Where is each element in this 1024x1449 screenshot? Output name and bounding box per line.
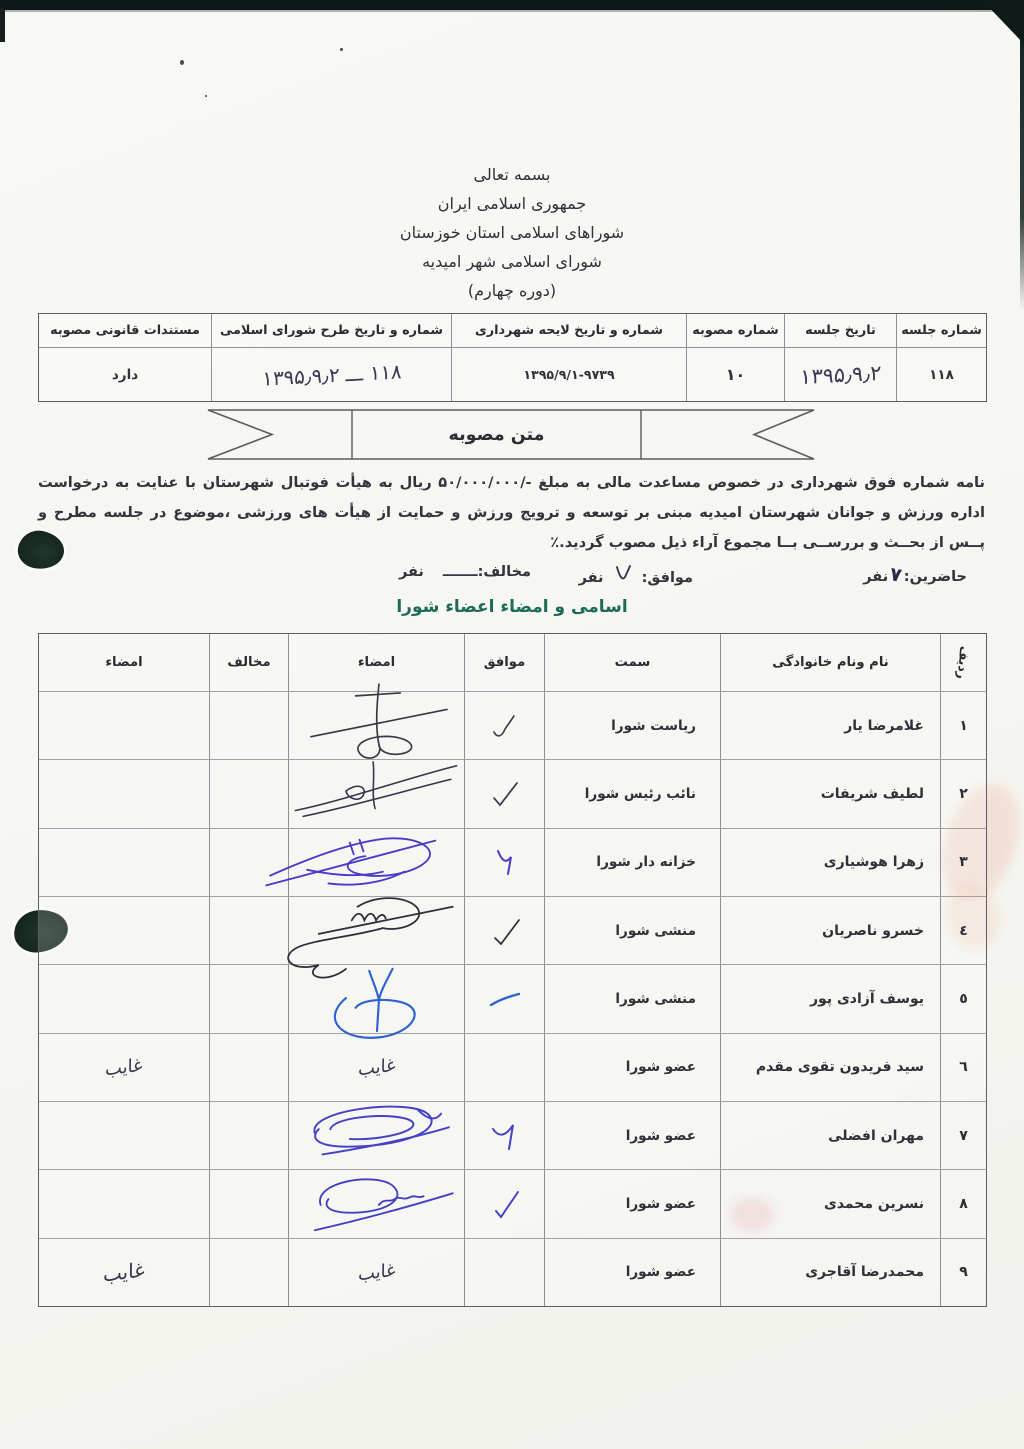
plan-no-date-handwritten: ۱۱۸ ـــ ۱۳۹۵٫۹٫۲ (261, 359, 402, 390)
agree-mark-row-3 (490, 847, 520, 877)
agree-mark-row-8 (490, 1189, 520, 1219)
scan-speck (340, 48, 343, 51)
scan-edge-left (0, 8, 5, 42)
table-row: ۷ مهران افضلی عضو شورا (39, 1101, 986, 1169)
agree-mark-row-1 (490, 712, 520, 740)
member-name: نسرین محمدی (720, 1170, 940, 1237)
legal-docs-value: دارد (112, 367, 138, 383)
meta-header-plan: شماره و تاریخ طرح شورای اسلامی (211, 314, 451, 347)
header-oppose: مخالف (209, 634, 288, 691)
row-no: ۱ (940, 692, 986, 759)
oppose-dash: ـــــــ (443, 564, 478, 580)
member-name: سید فریدون تقوی مقدم (720, 1034, 940, 1101)
member-name: مهران افضلی (720, 1102, 940, 1169)
agree-mark-row-5 (488, 987, 522, 1011)
signature-row-8 (289, 1170, 465, 1238)
table-row: ۹ محمدرضا آقاجری عضو شورا غایب غایب (39, 1238, 986, 1306)
table-row: ۸ نسرین محمدی عضو شورا (39, 1169, 986, 1237)
table-row: ٥ یوسف آزادی پور منشی شورا (39, 964, 986, 1032)
resolution-text: نامه شماره فوق شهرداری در خصوص مساعدت ما… (38, 468, 985, 558)
signature-row-4 (289, 897, 465, 965)
row-no: ۸ (940, 1170, 986, 1237)
attendance-line: حاضرین:۷نفر موافق: نفر مخالف:ـــــــ نفر (38, 560, 985, 592)
row-no: ۲ (940, 760, 986, 827)
meta-header-row: شماره جلسه تاریخ جلسه شماره مصوبه شماره … (39, 314, 986, 347)
term-line: (دوره چهارم) (0, 276, 1024, 305)
bismillah-line: بسمه تعالی (0, 160, 1024, 189)
attendance-agree: موافق: نفر (579, 564, 693, 588)
meta-header-legal-docs: مستندات قانونی مصوبه (39, 314, 211, 347)
table-row: ۱ غلامرضا یار ریاست شورا (39, 691, 986, 759)
table-row: ۳ زهرا هوشیاری خزانه دار شورا (39, 828, 986, 896)
absent-note: غایب (358, 1259, 396, 1285)
members-table: ردیف نام ونام خانوادگی سمت موافق امضاء م… (38, 633, 987, 1307)
header-row-no: ردیف (955, 645, 973, 679)
member-role: عضو شورا (544, 1170, 720, 1237)
meta-header-session-date: تاریخ جلسه (784, 314, 896, 347)
member-role: ریاست شورا (544, 692, 720, 759)
member-name: غلامرضا یار (720, 692, 940, 759)
present-label: حاضرین: (904, 569, 967, 585)
absent-note: غایب (358, 1054, 396, 1080)
resolution-banner: متن مصوبه (205, 407, 817, 462)
agree-mark-row-2 (490, 780, 520, 808)
row-no: ٥ (940, 965, 986, 1032)
meta-value-row: ۱۱۸ ۱۳۹۵٫۹٫۲ ۱۰ ۱۳۹۵/۹/۱-۹۷۳۹ ۱۱۸ ـــ ۱۳… (39, 347, 986, 401)
member-role: خزانه دار شورا (544, 829, 720, 896)
scanned-council-resolution-page: بسمه تعالی جمهوری اسلامی ایران شوراهای ا… (0, 0, 1024, 1449)
signature-row-7 (289, 1102, 465, 1170)
absent-note: غایب (103, 1258, 145, 1287)
agree-unit: نفر (579, 570, 604, 586)
oppose-unit: نفر (399, 564, 424, 580)
member-role: عضو شورا (544, 1102, 720, 1169)
members-section-title: اسامی و امضاء اعضاء شورا (0, 597, 1024, 617)
header-signature: امضاء (288, 634, 464, 691)
agree-mark-row-7 (490, 1121, 520, 1151)
member-name: زهرا هوشیاری (720, 829, 940, 896)
member-role: عضو شورا (544, 1239, 720, 1306)
city-council-line: شورای اسلامی شهر امیدیه (0, 247, 1024, 276)
member-role: منشی شورا (544, 965, 720, 1032)
bill-no-date-value: ۱۳۹۵/۹/۱-۹۷۳۹ (523, 367, 614, 382)
attendance-oppose: مخالف:ـــــــ نفر (399, 564, 531, 580)
scan-speck (205, 95, 207, 97)
resolution-meta-table: شماره جلسه تاریخ جلسه شماره مصوبه شماره … (38, 313, 987, 402)
header-agree: موافق (464, 634, 544, 691)
country-line: جمهوری اسلامی ایران (0, 189, 1024, 218)
absent-note: غایب (105, 1054, 143, 1080)
member-name: لطیف شریفات (720, 760, 940, 827)
row-no: ٤ (940, 897, 986, 964)
scan-speck (180, 60, 184, 65)
letterhead: بسمه تعالی جمهوری اسلامی ایران شوراهای ا… (0, 160, 1024, 305)
province-line: شوراهای اسلامی استان خوزستان (0, 218, 1024, 247)
meta-header-bill: شماره و تاریخ لایحه شهرداری (451, 314, 686, 347)
header-signature-2: امضاء (39, 634, 209, 691)
signature-row-2 (289, 760, 465, 828)
row-no: ٦ (940, 1034, 986, 1101)
member-role: عضو شورا (544, 1034, 720, 1101)
meta-header-resolution-no: شماره مصوبه (686, 314, 784, 347)
scan-edge-top (0, 0, 1024, 10)
signature-row-1 (289, 692, 465, 760)
row-no: ۷ (940, 1102, 986, 1169)
resolution-no-value: ۱۰ (726, 365, 746, 384)
session-date-handwritten: ۱۳۹۵٫۹٫۲ (799, 360, 881, 388)
member-name: محمدرضا آقاجری (720, 1239, 940, 1306)
row-no: ۳ (940, 829, 986, 896)
attendance-present: حاضرین:۷نفر (863, 564, 967, 586)
present-value-handwritten: ۷ (889, 563, 904, 587)
agree-label: موافق: (642, 570, 693, 586)
signature-row-5 (289, 965, 465, 1033)
table-row: ٦ سید فریدون تقوی مقدم عضو شورا غایب غای… (39, 1033, 986, 1101)
member-role: منشی شورا (544, 897, 720, 964)
members-header-row: ردیف نام ونام خانوادگی سمت موافق امضاء م… (39, 634, 986, 691)
meta-header-session-no: شماره جلسه (896, 314, 986, 347)
header-role: سمت (544, 634, 720, 691)
table-row: ۲ لطیف شریفات نائب رئیس شورا (39, 759, 986, 827)
agree-mark-row-4 (490, 917, 520, 945)
session-no-value: ۱۱۸ (929, 367, 954, 383)
member-role: نائب رئیس شورا (544, 760, 720, 827)
member-name: یوسف آزادی پور (720, 965, 940, 1032)
present-unit: نفر (863, 569, 888, 585)
header-name: نام ونام خانوادگی (720, 634, 940, 691)
member-name: خسرو ناصریان (720, 897, 940, 964)
row-no: ۹ (940, 1239, 986, 1306)
signature-row-3 (289, 829, 465, 897)
oppose-label: مخالف: (478, 564, 531, 580)
agree-count-handwritten-mark (613, 564, 633, 588)
table-row: ٤ خسرو ناصریان منشی شورا (39, 896, 986, 964)
banner-title: متن مصوبه (352, 407, 641, 462)
